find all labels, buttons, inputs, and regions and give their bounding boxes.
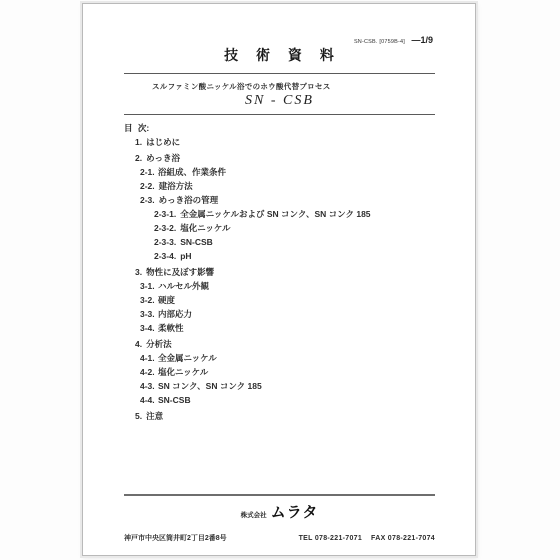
toc-item: 3-2.硬度 [124, 293, 435, 307]
toc-item-label: 4-3. [140, 379, 158, 393]
company-name: ムラタ [271, 501, 319, 522]
toc-item: 4-3.SN コンク、SN コンク 185 [124, 379, 435, 393]
toc-item-label: 3. [135, 265, 142, 279]
toc-item-text: 柔軟性 [158, 323, 184, 333]
toc-item-text: 分析法 [146, 339, 172, 349]
toc-item-label: 2-2. [140, 179, 155, 193]
company-contact: 神戸市中央区筒井町2丁目2番8号 TEL 078-221-7071 FAX 07… [124, 533, 435, 543]
toc-item-text: 建浴方法 [159, 181, 193, 191]
document-page: SN-CSB. [0759B-4] —1/9 技 術 資 料 スルファミン酸ニッ… [82, 3, 476, 556]
toc-item-label: 3-2. [140, 293, 158, 307]
document-title: 技 術 資 料 [83, 45, 475, 65]
toc-item: 4-2.塩化ニッケル [124, 365, 435, 379]
footer-rule [124, 494, 435, 496]
company-telfax: TEL 078-221-7071 FAX 078-221-7074 [299, 535, 435, 542]
toc-item: 3-3.内部応力 [124, 307, 435, 321]
toc-item: 5.注意 [124, 409, 435, 423]
product-name: SN - CSB [124, 93, 435, 109]
toc-item: 1.はじめに [124, 135, 435, 149]
toc-item-text: 硬度 [158, 295, 175, 305]
header-rule-top [124, 73, 435, 74]
toc-heading: 目 次: [124, 121, 435, 135]
toc-item-text: 注意 [146, 411, 163, 421]
toc-item: 4.分析法 [124, 337, 435, 351]
page-number: —1/9 [411, 35, 433, 45]
process-subtitle: スルファミン酸ニッケル浴でのホウ酸代替プロセス [152, 81, 331, 92]
toc-item-label: 4. [135, 337, 142, 351]
toc-item-label: 4-1. [140, 351, 158, 365]
company-address: 神戸市中央区筒井町2丁目2番8号 [124, 533, 227, 543]
toc-item-label: 2-3-1. [154, 207, 176, 221]
screenshot-root: { "header": { "doc_ref": "SN-CSB. [0759B… [0, 0, 560, 560]
toc-item-label: 1. [135, 135, 142, 149]
toc-item-label: 3-3. [140, 307, 158, 321]
toc-item: 3.物性に及ぼす影響 [124, 265, 435, 279]
toc-item-label: 2-3. [140, 193, 155, 207]
toc-item-label: 2-3-3. [154, 235, 176, 249]
toc-item-label: 4-2. [140, 365, 158, 379]
company-tel: TEL 078-221-7071 [299, 535, 362, 542]
toc-item-text: 内部応力 [158, 309, 192, 319]
toc-item: 3-4.柔軟性 [124, 321, 435, 335]
table-of-contents: 目 次: 1.はじめに 2.めっき浴 2-1.浴組成、作業条件 2-2.建浴方法… [124, 121, 435, 423]
company-logo: 株式会社 ムラタ [124, 501, 435, 522]
company-prefix: 株式会社 [241, 510, 267, 519]
toc-item: 2-1.浴組成、作業条件 [124, 165, 435, 179]
toc-item-text: pH [180, 251, 191, 261]
company-fax: FAX 078-221-7074 [371, 535, 435, 542]
toc-item-text: ハルセル外観 [158, 281, 209, 291]
toc-item-label: 4-4. [140, 393, 158, 407]
toc-item: 2-3-2.塩化ニッケル [124, 221, 435, 235]
toc-item: 2-2.建浴方法 [124, 179, 435, 193]
toc-item-label: 2-3-4. [154, 249, 176, 263]
toc-item-text: 全金属ニッケルおよび SN コンク、SN コンク 185 [180, 209, 370, 219]
header-rule-bottom [124, 114, 435, 115]
toc-item: 2.めっき浴 [124, 151, 435, 165]
toc-item: 2-3-1.全金属ニッケルおよび SN コンク、SN コンク 185 [124, 207, 435, 221]
toc-item-text: 物性に及ぼす影響 [146, 267, 214, 277]
toc-item-text: 塩化ニッケル [158, 367, 208, 377]
toc-item-label: 3-4. [140, 321, 158, 335]
toc-item-text: めっき浴の管理 [159, 195, 218, 205]
toc-item-text: 全金属ニッケル [158, 353, 217, 363]
toc-item-label: 5. [135, 409, 142, 423]
toc-item: 4-1.全金属ニッケル [124, 351, 435, 365]
toc-item-label: 2-1. [140, 165, 158, 179]
toc-item-text: SN-CSB [158, 395, 191, 405]
toc-item: 4-4.SN-CSB [124, 393, 435, 407]
toc-item-text: SN-CSB [180, 237, 213, 247]
toc-item: 2-3-3.SN-CSB [124, 235, 435, 249]
toc-item-text: はじめに [146, 137, 180, 147]
toc-item-label: 2-3-2. [154, 221, 176, 235]
toc-item-text: 浴組成、作業条件 [158, 167, 226, 177]
toc-item-text: 塩化ニッケル [180, 223, 230, 233]
toc-item-text: SN コンク、SN コンク 185 [158, 381, 262, 391]
toc-item: 2-3-4.pH [124, 249, 435, 263]
toc-item: 3-1.ハルセル外観 [124, 279, 435, 293]
toc-item-label: 3-1. [140, 279, 158, 293]
toc-item: 2-3.めっき浴の管理 [124, 193, 435, 207]
toc-item-text: めっき浴 [146, 153, 180, 163]
toc-item-label: 2. [135, 151, 142, 165]
